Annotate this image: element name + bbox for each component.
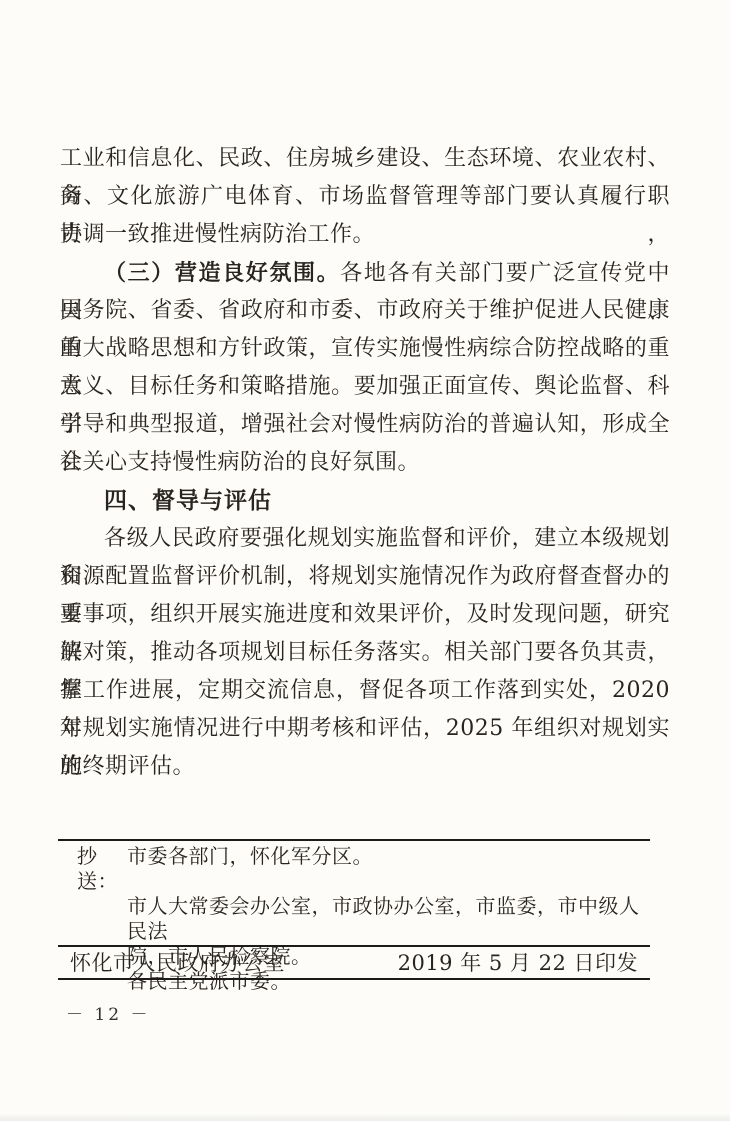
footer-rule-bottom bbox=[58, 978, 650, 980]
body-line: 各级人民政府要强化规划实施监督和评价，建立本级规划和 bbox=[60, 520, 670, 558]
footer-rule-middle bbox=[58, 945, 650, 947]
body-line: 会关心支持慢性病防治的良好氛围。 bbox=[60, 444, 670, 482]
page-number: － 12 － bbox=[66, 1000, 150, 1025]
body-line: 工业和信息化、民政、住房城乡建设、生态环境、农业农村、商 bbox=[60, 140, 670, 178]
body-line: 对规划实施情况进行中期考核和评估，2025 年组织对规划实施 bbox=[60, 710, 670, 748]
issuer-row: 怀化市人民政府办公室 2019 年 5 月 22 日印发 bbox=[58, 950, 650, 976]
body-line: 握工作进展，定期交流信息，督促各项工作落到实处，2020 年 bbox=[60, 672, 670, 710]
scanned-document-page: 工业和信息化、民政、住房城乡建设、生态环境、农业农村、商 务、文化旅游广电体育、… bbox=[0, 0, 730, 1121]
body-line: 务、文化旅游广电体育、市场监督管理等部门要认真履行职责， bbox=[60, 178, 670, 216]
subsection-title: （三）营造良好氛围。 bbox=[104, 260, 340, 286]
body-line: 决对策，推动各项规划目标任务落实。相关部门要各负其责，掌 bbox=[60, 634, 670, 672]
issuing-office: 怀化市人民政府办公室 bbox=[58, 950, 285, 976]
copy-line: 市人大常委会办公室，市政协办公室，市监委，市中级人民法 bbox=[77, 894, 650, 944]
copy-line: 市委各部门，怀化军分区。 bbox=[127, 844, 373, 894]
body-line: 引导和典型报道，增强社会对慢性病防治的普遍认知，形成全社 bbox=[60, 406, 670, 444]
body-line: 意义、目标任务和策略措施。要加强正面宣传、舆论监督、科学 bbox=[60, 368, 670, 406]
footer-rule-top bbox=[58, 839, 650, 841]
body-line: 国务院、省委、省政府和市委、市政府关于维护促进人民健康的 bbox=[60, 292, 670, 330]
body-line: 的终期评估。 bbox=[60, 748, 670, 786]
body-line: 资源配置监督评价机制，将规划实施情况作为政府督查督办的重 bbox=[60, 558, 670, 596]
copy-label: 抄送： bbox=[77, 844, 127, 894]
document-body: 工业和信息化、民政、住房城乡建设、生态环境、农业农村、商 务、文化旅游广电体育、… bbox=[60, 140, 670, 786]
section-heading: 四、督导与评估 bbox=[60, 482, 670, 520]
body-line: 要事项，组织开展实施进度和效果评价，及时发现问题，研究解 bbox=[60, 596, 670, 634]
body-line-subsection: （三）营造良好氛围。各地各有关部门要广泛宣传党中央、 bbox=[60, 254, 670, 292]
print-date: 2019 年 5 月 22 日印发 bbox=[398, 950, 650, 976]
body-line: 重大战略思想和方针政策，宣传实施慢性病综合防控战略的重大 bbox=[60, 330, 670, 368]
copy-row: 抄送： 市委各部门，怀化军分区。 bbox=[77, 844, 650, 894]
